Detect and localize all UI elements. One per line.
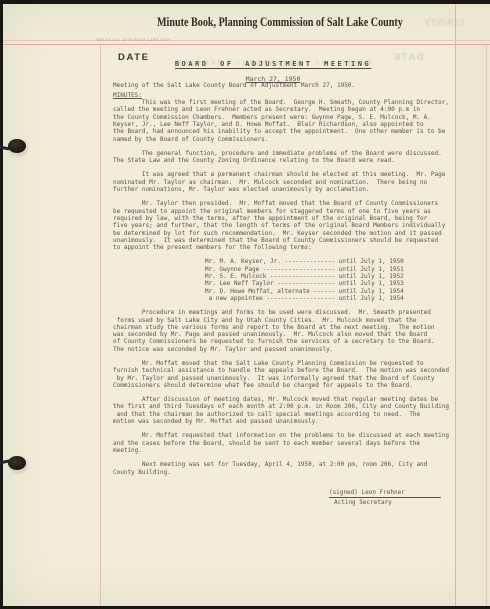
paragraph: Mr. Moffat moved that the Salt Lake Coun…: [113, 360, 459, 389]
ruled-line-top: [3, 40, 490, 41]
book-title: Minute Book, Planning Commission of Salt…: [157, 15, 403, 30]
paragraphs-after-terms: Procedure in meetings and forms to be us…: [113, 309, 459, 476]
binder-hole: [8, 456, 26, 470]
term-line: Mr. Gwynne Page -------------------- unt…: [205, 266, 459, 273]
minutes-body: Meeting of the Salt Lake County Board of…: [113, 82, 459, 506]
paragraph: It was agreed that a permanent chairman …: [113, 171, 459, 193]
meeting-line: Meeting of the Salt Lake County Board of…: [113, 82, 459, 89]
paragraphs-before-terms: This was the first meeting of the Board.…: [113, 99, 459, 251]
paragraph: The general function, procedure and imme…: [113, 150, 459, 165]
printer-mark: KELLY CO. 3772 SALT LAKE CITY: [97, 37, 171, 42]
term-line: Mr. Lee Neff Taylor ---------------- unt…: [205, 280, 459, 287]
page-edge-strip: [455, 4, 490, 606]
signature-block: (signed) Leon Frehner Acting Secretary: [329, 489, 459, 507]
scanned-minute-book-page: { "header": { "book_title": "Minute Book…: [0, 0, 490, 609]
paper: Minute Book, Planning Commission of Salt…: [3, 4, 490, 606]
paragraph: This was the first meeting of the Board.…: [113, 99, 459, 143]
left-margin-rule: [100, 44, 101, 606]
signature-role: Acting Secretary: [334, 499, 459, 506]
term-line: a new appointee ------------------- unti…: [205, 295, 459, 302]
bleed-through-header: COUNTY: [424, 17, 465, 29]
meeting-title: BOARD OF ADJUSTMENT MEETING: [175, 60, 371, 68]
paragraph: After discussion of meeting dates, Mr. M…: [113, 396, 459, 425]
paragraph: Next meeting was set for Tuesday, April …: [113, 461, 459, 476]
binder-hole: [8, 139, 26, 153]
term-line: Mr. S. E. Mulcock ------------------ unt…: [205, 273, 459, 280]
paragraph: Procedure in meetings and forms to be us…: [113, 309, 459, 353]
minutes-heading: MINUTES:: [113, 92, 459, 99]
ruled-line-bottom: [3, 44, 490, 45]
paragraph: Mr. Taylor then presided. Mr. Moffat mov…: [113, 200, 459, 251]
right-margin-rule: [486, 44, 487, 606]
term-line: Mr. D. Howe Moffat, alternate ------ unt…: [205, 288, 459, 295]
terms-list: Mr. M. A. Keyser, Jr. -------------- unt…: [205, 258, 459, 302]
signature-line: (signed) Leon Frehner: [329, 489, 441, 498]
term-line: Mr. M. A. Keyser, Jr. -------------- unt…: [205, 258, 459, 265]
document-heading: BOARD OF ADJUSTMENT MEETING March 27, 19…: [113, 51, 433, 83]
paragraph: Mr. Moffat requested that information on…: [113, 432, 459, 454]
